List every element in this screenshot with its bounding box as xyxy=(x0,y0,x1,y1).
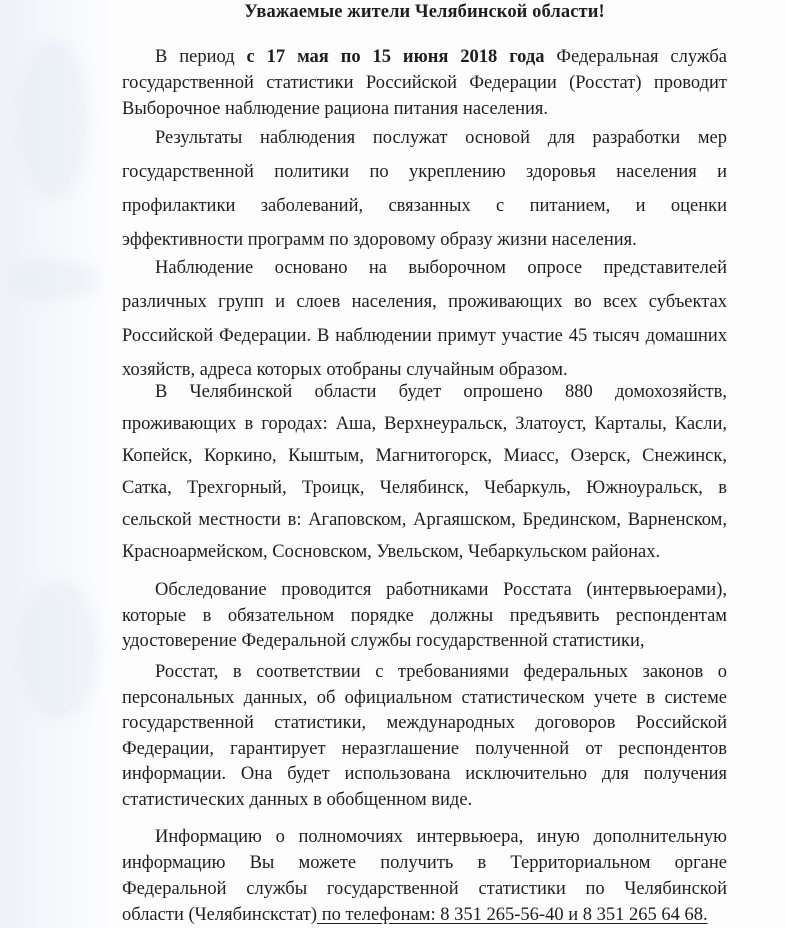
paragraph-period: В период с 17 мая по 15 июня 2018 года Ф… xyxy=(122,44,727,122)
paragraph-contacts: Информацию о полномочиях интервьюера, ин… xyxy=(122,824,727,928)
text-line: статистических данных в обобщенном виде. xyxy=(122,788,727,814)
text-line: Информацию о полномочиях интервьюера, ин… xyxy=(122,824,727,850)
scan-artifact xyxy=(20,40,90,200)
text-line: сельской местности в: Агаповском, Аргаяш… xyxy=(122,504,727,536)
text-line: В период с 17 мая по 15 июня 2018 года Ф… xyxy=(122,44,727,70)
text-line: государственной статистики, международны… xyxy=(122,711,727,737)
text-line: проживающих в городах: Аша, Верхнеуральс… xyxy=(122,408,727,440)
paragraph-confidentiality: Росстат, в соответствии с требованиями ф… xyxy=(122,660,727,813)
text-line: Федеральной службы государственной стати… xyxy=(122,876,727,902)
text-span: В период xyxy=(155,47,247,67)
text-line: которые в обязательном порядке должны пр… xyxy=(122,604,727,630)
scan-artifact xyxy=(20,580,100,720)
text-line: удостоверение Федеральной службы государ… xyxy=(122,629,727,655)
text-line: Федерации, гарантирует неразглашение пол… xyxy=(122,737,727,763)
paragraph-sample: Наблюдение основано на выборочном опросе… xyxy=(122,251,727,387)
text-line: Обследование проводится работниками Росс… xyxy=(122,578,727,604)
text-span: Федеральная служба xyxy=(544,47,727,67)
survey-dates: с 17 мая по 15 июня 2018 года xyxy=(247,47,545,67)
text-line: государственной политики по укреплению з… xyxy=(122,155,727,189)
text-line: Результаты наблюдения послужат основой д… xyxy=(122,121,727,155)
phone-numbers: по телефонам: 8 351 265-56-40 и 8 351 26… xyxy=(317,905,708,925)
text-span: области (Челябинскстат) xyxy=(122,905,317,925)
text-line: Наблюдение основано на выборочном опросе… xyxy=(122,251,727,285)
text-line: различных групп и слоев населения, прожи… xyxy=(122,285,727,319)
text-line: профилактики заболеваний, связанных с пи… xyxy=(122,189,727,223)
text-line: Копейск, Коркино, Кыштым, Магнитогорск, … xyxy=(122,440,727,472)
paragraph-results: Результаты наблюдения послужат основой д… xyxy=(122,121,727,257)
text-line: персональных данных, об официальном стат… xyxy=(122,686,727,712)
text-line: государственной статистики Российской Фе… xyxy=(122,70,727,96)
text-line: Российской Федерации. В наблюдении приму… xyxy=(122,319,727,353)
text-line: области (Челябинскстат) по телефонам: 8 … xyxy=(122,902,727,928)
text-line: В Челябинской области будет опрошено 880… xyxy=(122,376,727,408)
text-line: информацию Вы можете получить в Территор… xyxy=(122,850,727,876)
scan-artifact xyxy=(10,260,100,300)
document-title: Уважаемые жители Челябинской области! xyxy=(122,1,727,23)
paragraph-interviewers: Обследование проводится работниками Росс… xyxy=(122,578,727,655)
scan-edge-shading xyxy=(0,0,110,928)
text-line: Сатка, Трехгорный, Троицк, Челябинск, Че… xyxy=(122,472,727,504)
text-line: Красноармейском, Сосновском, Увельском, … xyxy=(122,536,727,568)
text-line: информации. Она будет использована исклю… xyxy=(122,762,727,788)
paragraph-chelyabinsk: В Челябинской области будет опрошено 880… xyxy=(122,376,727,568)
text-line: Выборочное наблюдение рациона питания на… xyxy=(122,96,727,122)
text-line: Росстат, в соответствии с требованиями ф… xyxy=(122,660,727,686)
